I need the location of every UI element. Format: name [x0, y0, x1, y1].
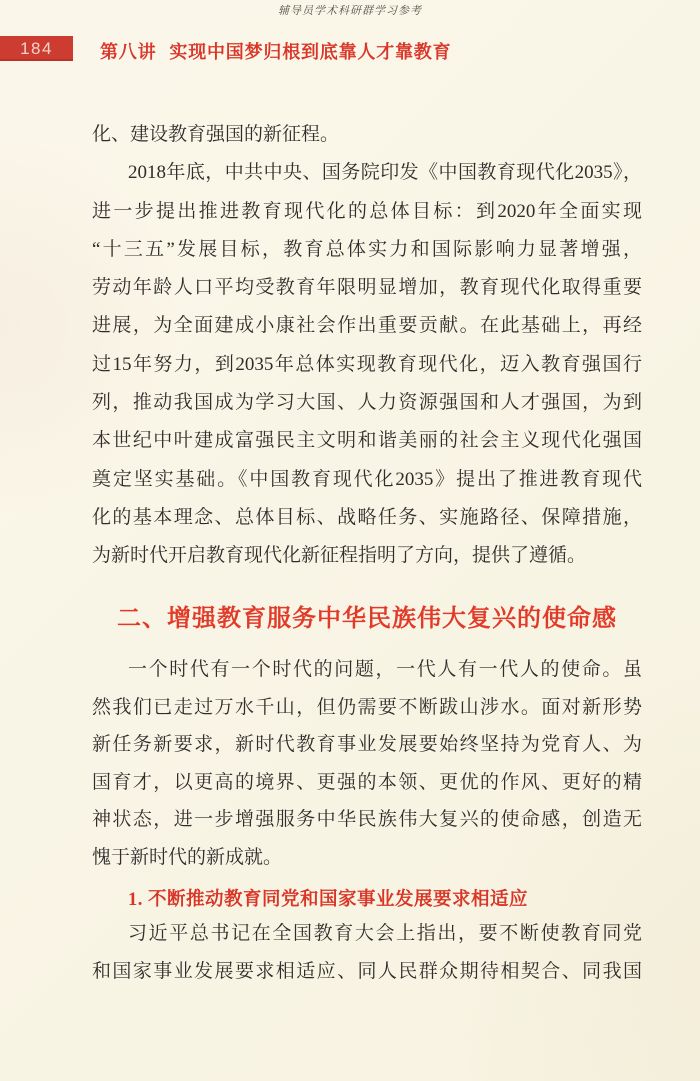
- body-line: 奠定坚实基础。《中国教育现代化2035》提出了推进教育现代: [92, 461, 642, 499]
- body-line: “十三五”发展目标，教育总体实力和国际影响力显著增强，: [92, 231, 642, 269]
- body-line: 一个时代有一个时代的问题，一代人有一代人的使命。虽: [92, 651, 642, 689]
- page-number: 184: [20, 40, 53, 57]
- body-line: 和国家事业发展要求相适应、同人民群众期待相契合、同我国: [92, 953, 642, 991]
- body-line: 新任务新要求，新时代教育事业发展要始终坚持为党育人、为: [92, 726, 642, 764]
- body-line: 过15年努力，到2035年总体实现教育现代化，迈入教育强国行: [92, 346, 642, 384]
- body-line: 化、建设教育强国的新征程。: [92, 116, 642, 154]
- body-line: 愧于新时代的新成就。: [92, 839, 642, 877]
- paragraph-block-3: 习近平总书记在全国教育大会上指出，要不断使教育同党 和国家事业发展要求相适应、同…: [92, 915, 642, 991]
- running-header: 辅导员学术科研群学习参考: [0, 2, 700, 18]
- paragraph-block-1: 化、建设教育强国的新征程。 2018年底，中共中央、国务院印发《中国教育现代化2…: [92, 116, 642, 576]
- paragraph-block-2: 一个时代有一个时代的问题，一代人有一代人的使命。虽 然我们已走过万水千山，但仍需…: [92, 651, 642, 877]
- book-page: 辅导员学术科研群学习参考 184 第八讲 实现中国梦归根到底靠人才靠教育 化、建…: [0, 0, 700, 1081]
- chapter-title: 实现中国梦归根到底靠人才靠教育: [169, 38, 451, 64]
- body-line: 国育才，以更高的境界、更强的本领、更优的作风、更好的精: [92, 764, 642, 802]
- body-line: 本世纪中叶建成富强民主文明和谐美丽的社会主义现代化强国: [92, 422, 642, 460]
- body-line: 神状态，进一步增强服务中华民族伟大复兴的使命感，创造无: [92, 801, 642, 839]
- chapter-heading: 第八讲 实现中国梦归根到底靠人才靠教育: [100, 38, 451, 64]
- body-line: 2018年底，中共中央、国务院印发《中国教育现代化2035》，: [92, 154, 642, 192]
- body-line: 列，推动我国成为学习大国、人力资源强国和人才强国，为到: [92, 384, 642, 422]
- body-line: 进展，为全面建成小康社会作出重要贡献。在此基础上，再经: [92, 307, 642, 345]
- body-line: 然我们已走过万水千山，但仍需要不断跋山涉水。面对新形势: [92, 689, 642, 727]
- body-line: 为新时代开启教育现代化新征程指明了方向，提供了遵循。: [92, 537, 642, 575]
- body-line: 习近平总书记在全国教育大会上指出，要不断使教育同党: [92, 915, 642, 953]
- body-line: 劳动年龄人口平均受教育年限明显增加，教育现代化取得重要: [92, 269, 642, 307]
- chapter-label: 第八讲: [100, 38, 156, 64]
- page-number-box: 184: [0, 36, 73, 61]
- body-line: 化的基本理念、总体目标、战略任务、实施路径、保障措施，: [92, 499, 642, 537]
- body-line: 进一步提出推进教育现代化的总体目标：到2020年全面实现: [92, 193, 642, 231]
- subsection-heading: 1. 不断推动教育同党和国家事业发展要求相适应: [92, 885, 642, 911]
- section-heading: 二、增强教育服务中华民族伟大复兴的使命感: [92, 598, 642, 633]
